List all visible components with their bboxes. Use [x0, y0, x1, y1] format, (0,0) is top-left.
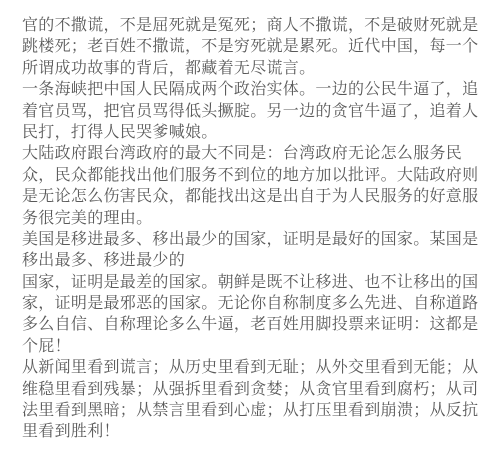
text-line: 众，民众都能找出他们服务不到位的地方加以批评。大陆政府则 — [22, 165, 482, 186]
text-line: 着官员骂，把官员骂得低头撅腚。另一边的贪官牛逼了，追着人 — [22, 101, 482, 122]
text-line: 跳楼死；老百姓不撒谎，不是穷死就是累死。近代中国，每一个 — [22, 36, 482, 57]
text-content: 官的不撒谎，不是屈死就是冤死；商人不撒谎，不是破财死就是 跳楼死；老百姓不撒谎，… — [0, 0, 500, 443]
text-line: 维稳里看到残暴；从强拆里看到贪婪；从贪官里看到腐朽；从司 — [22, 379, 482, 400]
text-line: 所谓成功故事的背后，都藏着无尽谎言。 — [22, 58, 482, 79]
text-line: 务很完美的理由。 — [22, 208, 482, 229]
text-post-page: 官的不撒谎，不是屈死就是冤死；商人不撒谎，不是破财死就是 跳楼死；老百姓不撒谎，… — [0, 0, 500, 449]
text-line: 个屁！ — [22, 336, 482, 357]
text-line: 里看到胜利！ — [22, 421, 482, 442]
text-line: 从新闻里看到谎言；从历史里看到无耻；从外交里看到无能；从 — [22, 357, 482, 378]
text-line: 是无论怎么伤害民众，都能找出这是出自于为人民服务的好意服 — [22, 186, 482, 207]
text-line: 大陆政府跟台湾政府的最大不同是：台湾政府无论怎么服务民 — [22, 143, 482, 164]
text-line: 家，证明是最邪恶的国家。无论你自称制度多么先进、自称道路 — [22, 293, 482, 314]
text-line: 一条海峡把中国人民隔成两个政治实体。一边的公民牛逼了，追 — [22, 79, 482, 100]
text-line: 美国是移进最多、移出最少的国家，证明是最好的国家。某国是 — [22, 229, 482, 250]
text-line: 法里看到黑暗；从禁言里看到心虚；从打压里看到崩溃；从反抗 — [22, 400, 482, 421]
text-line: 移出最多、移进最少的 — [22, 250, 482, 271]
text-line: 多么自信、自称理论多么牛逼，老百姓用脚投票来证明：这都是 — [22, 314, 482, 335]
text-line: 国家，证明是最差的国家。朝鲜是既不让移进、也不让移出的国 — [22, 272, 482, 293]
text-line: 官的不撒谎，不是屈死就是冤死；商人不撒谎，不是破财死就是 — [22, 15, 482, 36]
text-line: 民打，打得人民哭爹喊娘。 — [22, 122, 482, 143]
